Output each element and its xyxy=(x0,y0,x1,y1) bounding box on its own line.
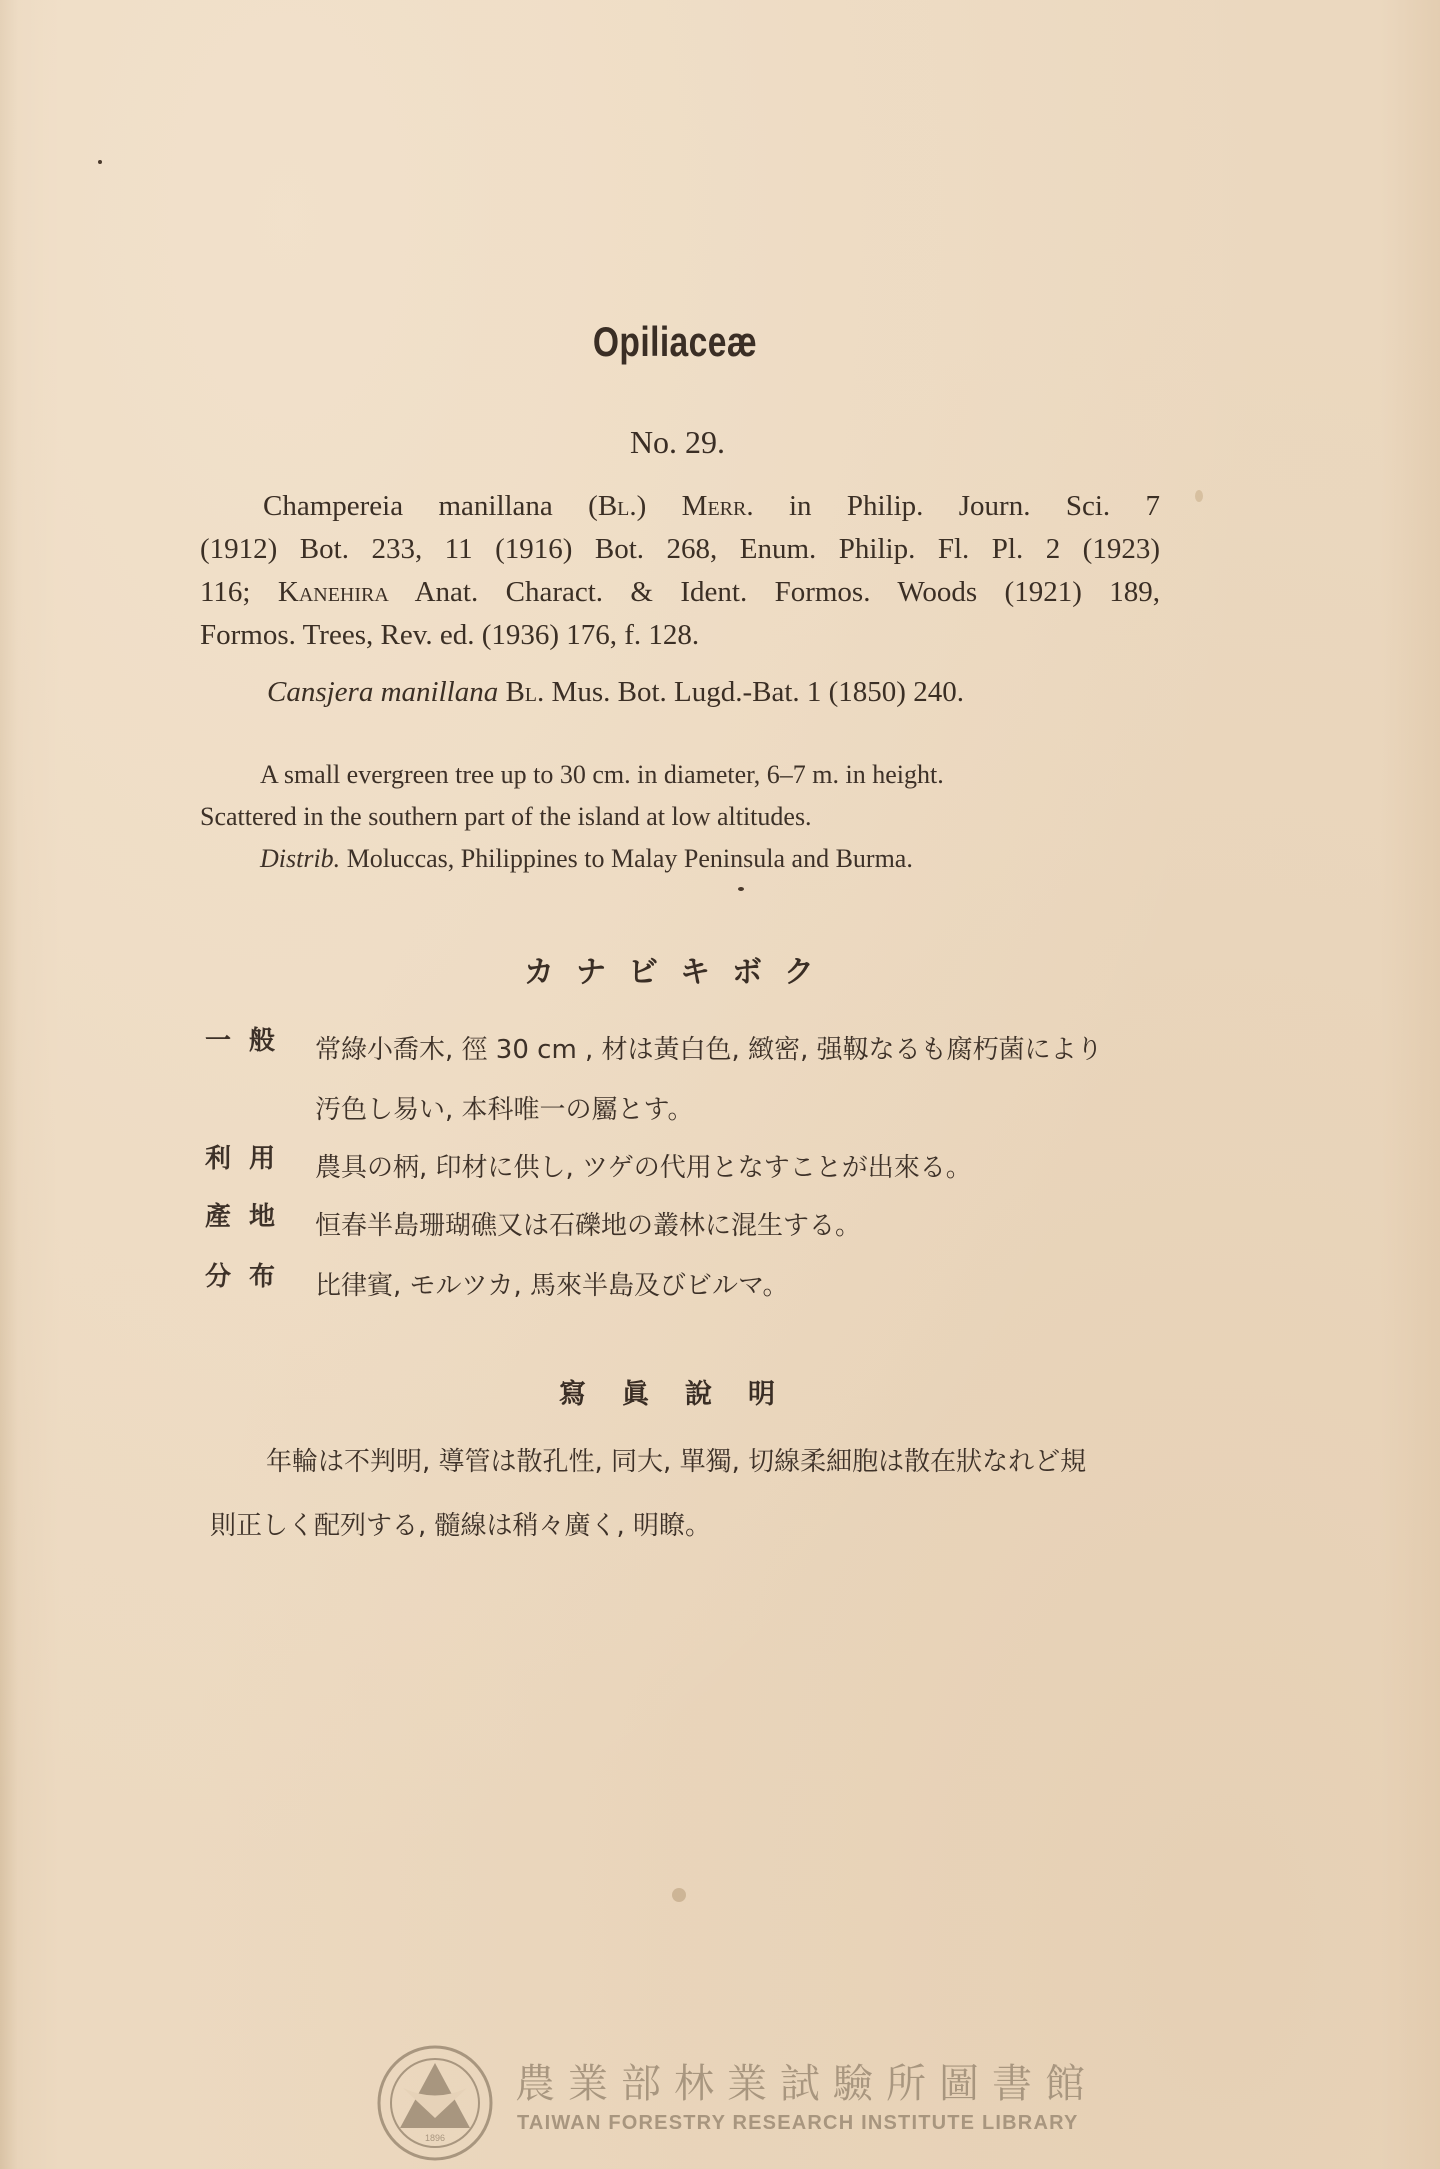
synonymy-line: 116; Kanehira Anat. Charact. & Ident. Fo… xyxy=(200,571,1160,614)
jp-section-distribution: 分布 比律賓, モルツカ, 馬來半島及びビルマ。 xyxy=(205,1256,1195,1316)
family-title: Opiliaceæ xyxy=(135,318,1215,366)
synonymy-line: Champereia manillana (Bl.) Merr. in Phil… xyxy=(200,485,1160,528)
author-abbrev: Bl. xyxy=(498,676,544,708)
author-abbrev: Bl. xyxy=(598,490,637,522)
english-description: A small evergreen tree up to 30 cm. in d… xyxy=(200,754,1165,880)
section-label: 利用 xyxy=(205,1138,315,1198)
description-line: A small evergreen tree up to 30 cm. in d… xyxy=(200,754,1165,796)
synonymy-block: Champereia manillana (Bl.) Merr. in Phil… xyxy=(200,485,1160,657)
author-abbrev: Merr. xyxy=(682,490,754,522)
species-name: Champereia manillana xyxy=(263,490,553,522)
section-label: 產地 xyxy=(205,1196,315,1256)
author-abbrev: Kanehira xyxy=(278,576,389,608)
svg-text:1896: 1896 xyxy=(425,2133,445,2143)
section-label: 分布 xyxy=(205,1256,315,1316)
library-name-english: TAIWAN FORESTRY RESEARCH INSTITUTE LIBRA… xyxy=(517,2112,1079,2135)
section-label: 一般 xyxy=(205,1020,315,1140)
paper-speck xyxy=(738,887,744,891)
photo-explanation-title: 寫眞說明 xyxy=(0,1372,1370,1411)
paper-speck xyxy=(1195,490,1203,502)
japanese-name: カナビキボク xyxy=(0,947,1360,991)
description-line: Scattered in the southern part of the is… xyxy=(200,796,1165,838)
jp-section-uses: 利用 農具の柄, 印材に供し, ツゲの代用となすことが出來る。 xyxy=(205,1138,1195,1198)
species-number: No. 29. xyxy=(0,424,1355,461)
synonym-line: Cansjera manillana Bl. Mus. Bot. Lugd.-B… xyxy=(267,671,1167,714)
paper-speck xyxy=(98,160,102,164)
synonymy-line: (1912) Bot. 233, 11 (1916) Bot. 268, Enu… xyxy=(200,528,1160,571)
jp-section-habitat: 產地 恒春半島珊瑚礁又は石礫地の叢林に混生する。 xyxy=(205,1196,1195,1256)
distribution-line: Distrib. Moluccas, Philippines to Malay … xyxy=(200,838,1165,880)
paper-speck xyxy=(672,1888,686,1902)
institute-logo-icon: 1896 xyxy=(375,2043,495,2163)
photo-explanation-text: 年輪は不判明, 導管は散孔性, 同大, 單獨, 切線柔細胞は散在狀なれど規 則正… xyxy=(210,1430,1180,1558)
jp-section-general: 一般 常綠小喬木, 徑 30 cm , 材は黃白色, 緻密, 强靱なるも腐朽菌に… xyxy=(205,1020,1195,1140)
synonymy-line: Formos. Trees, Rev. ed. (1936) 176, f. 1… xyxy=(200,614,1160,657)
library-name-chinese: 農業部林業試驗所圖書館 xyxy=(515,2052,1098,2109)
distrib-label: Distrib. xyxy=(260,844,340,873)
synonym-name: Cansjera manillana xyxy=(267,676,498,708)
